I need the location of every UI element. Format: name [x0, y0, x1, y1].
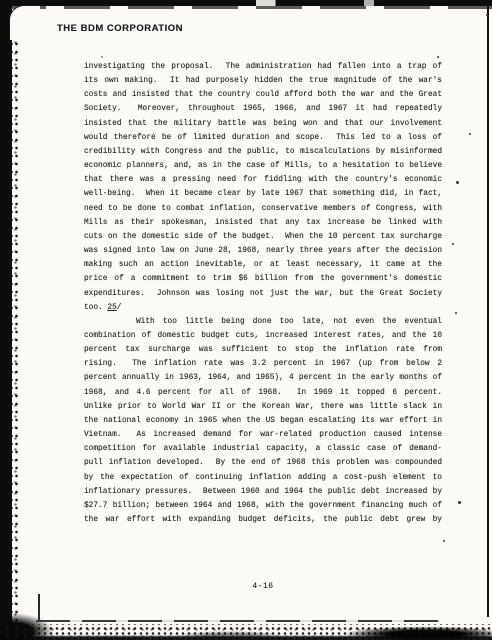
text-line: would therefore be of limited duration a…	[84, 131, 442, 145]
text-line: cuts on the domestic side of the budget.…	[84, 230, 442, 244]
text-line: was signed into law on June 28, 1968, ne…	[84, 244, 442, 258]
scan-speck	[452, 243, 454, 245]
paragraph-2: With too little being done too late, not…	[84, 315, 442, 527]
scan-speck	[455, 312, 457, 314]
text-line: by the expectation of continuing inflati…	[84, 471, 442, 485]
scan-artifact-bottom-tick	[38, 594, 40, 621]
text-line: the war effort with expanding budget def…	[84, 513, 442, 527]
footnote-reference: 25	[107, 304, 116, 312]
text-line: its own making. It had purposely hidden …	[84, 74, 442, 88]
text-line: expenditures. Johnson was losing not jus…	[84, 287, 442, 301]
text-line: that there was a pressing need for fiddl…	[84, 173, 442, 187]
text-line: Mills as their spokesman, insisted that …	[84, 216, 442, 230]
text-line: combination of domestic budget cuts, inc…	[84, 329, 442, 343]
text-line: pull inflation developed. By the end of …	[84, 456, 442, 470]
text-line: price of a commitment to trim $6 billion…	[84, 272, 442, 286]
footnote-slash: /	[117, 304, 122, 312]
scan-speck	[437, 56, 439, 58]
scanned-document-page: THE BDM CORPORATION investigating the pr…	[0, 0, 492, 640]
scan-speck	[458, 501, 461, 504]
company-letterhead: THE BDM CORPORATION	[57, 23, 183, 34]
page-number: 4-16	[84, 582, 442, 591]
text-line: need to be done to combat inflation, con…	[84, 202, 442, 216]
page-corner-curve	[9, 5, 40, 40]
text-line: making such an action inevitable, or at …	[84, 258, 442, 272]
scan-speck	[456, 181, 459, 184]
paragraph-1-last-line: too. 25/	[84, 301, 442, 315]
text-line: Society. Moreover, throughout 1965, 1966…	[84, 102, 442, 116]
text-line: rising. The inflation rate was 3.2 perce…	[84, 357, 442, 371]
text-line: 1968, and 4.6 percent for all of 1968. I…	[84, 386, 442, 400]
text-line: Vietnam. As increased demand for war-rel…	[84, 428, 442, 442]
scan-speck	[101, 56, 103, 58]
scan-artifact-left-mottle	[9, 0, 20, 640]
text-line: percent tax surcharge was sufficient to …	[84, 343, 442, 357]
text-line: well-being. When it became clear by late…	[84, 187, 442, 201]
scan-speck	[486, 14, 488, 16]
scan-speck	[443, 540, 445, 542]
text-line: credibility with Congress and the public…	[84, 145, 442, 159]
text-line: inflationary pressures. Between 1960 and…	[84, 485, 442, 499]
text-line: the national economy in 1965 when the US…	[84, 414, 442, 428]
scan-artifact-right-line	[487, 5, 489, 617]
text-line: costs and insisted that the country coul…	[84, 88, 442, 102]
text-line: economic planners, and, as in the case o…	[84, 159, 442, 173]
text-line: insisted that the military battle was be…	[84, 117, 442, 131]
scan-artifact-bottom-band	[0, 624, 492, 640]
text-line: $27.7 billion; between 1964 and 1968, wi…	[84, 499, 442, 513]
text-line: Unlike prior to World War II or the Kore…	[84, 400, 442, 414]
text-line: With too little being done too late, not…	[84, 315, 442, 329]
text-line: investigating the proposal. The administ…	[84, 60, 442, 74]
paragraph-1: investigating the proposal. The administ…	[84, 60, 442, 301]
scan-speck	[469, 133, 471, 135]
scan-artifact-top-smudge	[0, 6, 492, 9]
last-line-text: too.	[84, 304, 107, 312]
text-line: percent annually in 1963, 1964, and 1965…	[84, 371, 442, 385]
text-line: competition for available industrial cap…	[84, 442, 442, 456]
document-body: investigating the proposal. The administ…	[84, 60, 442, 527]
scan-artifact-bottom-rule	[36, 620, 440, 622]
